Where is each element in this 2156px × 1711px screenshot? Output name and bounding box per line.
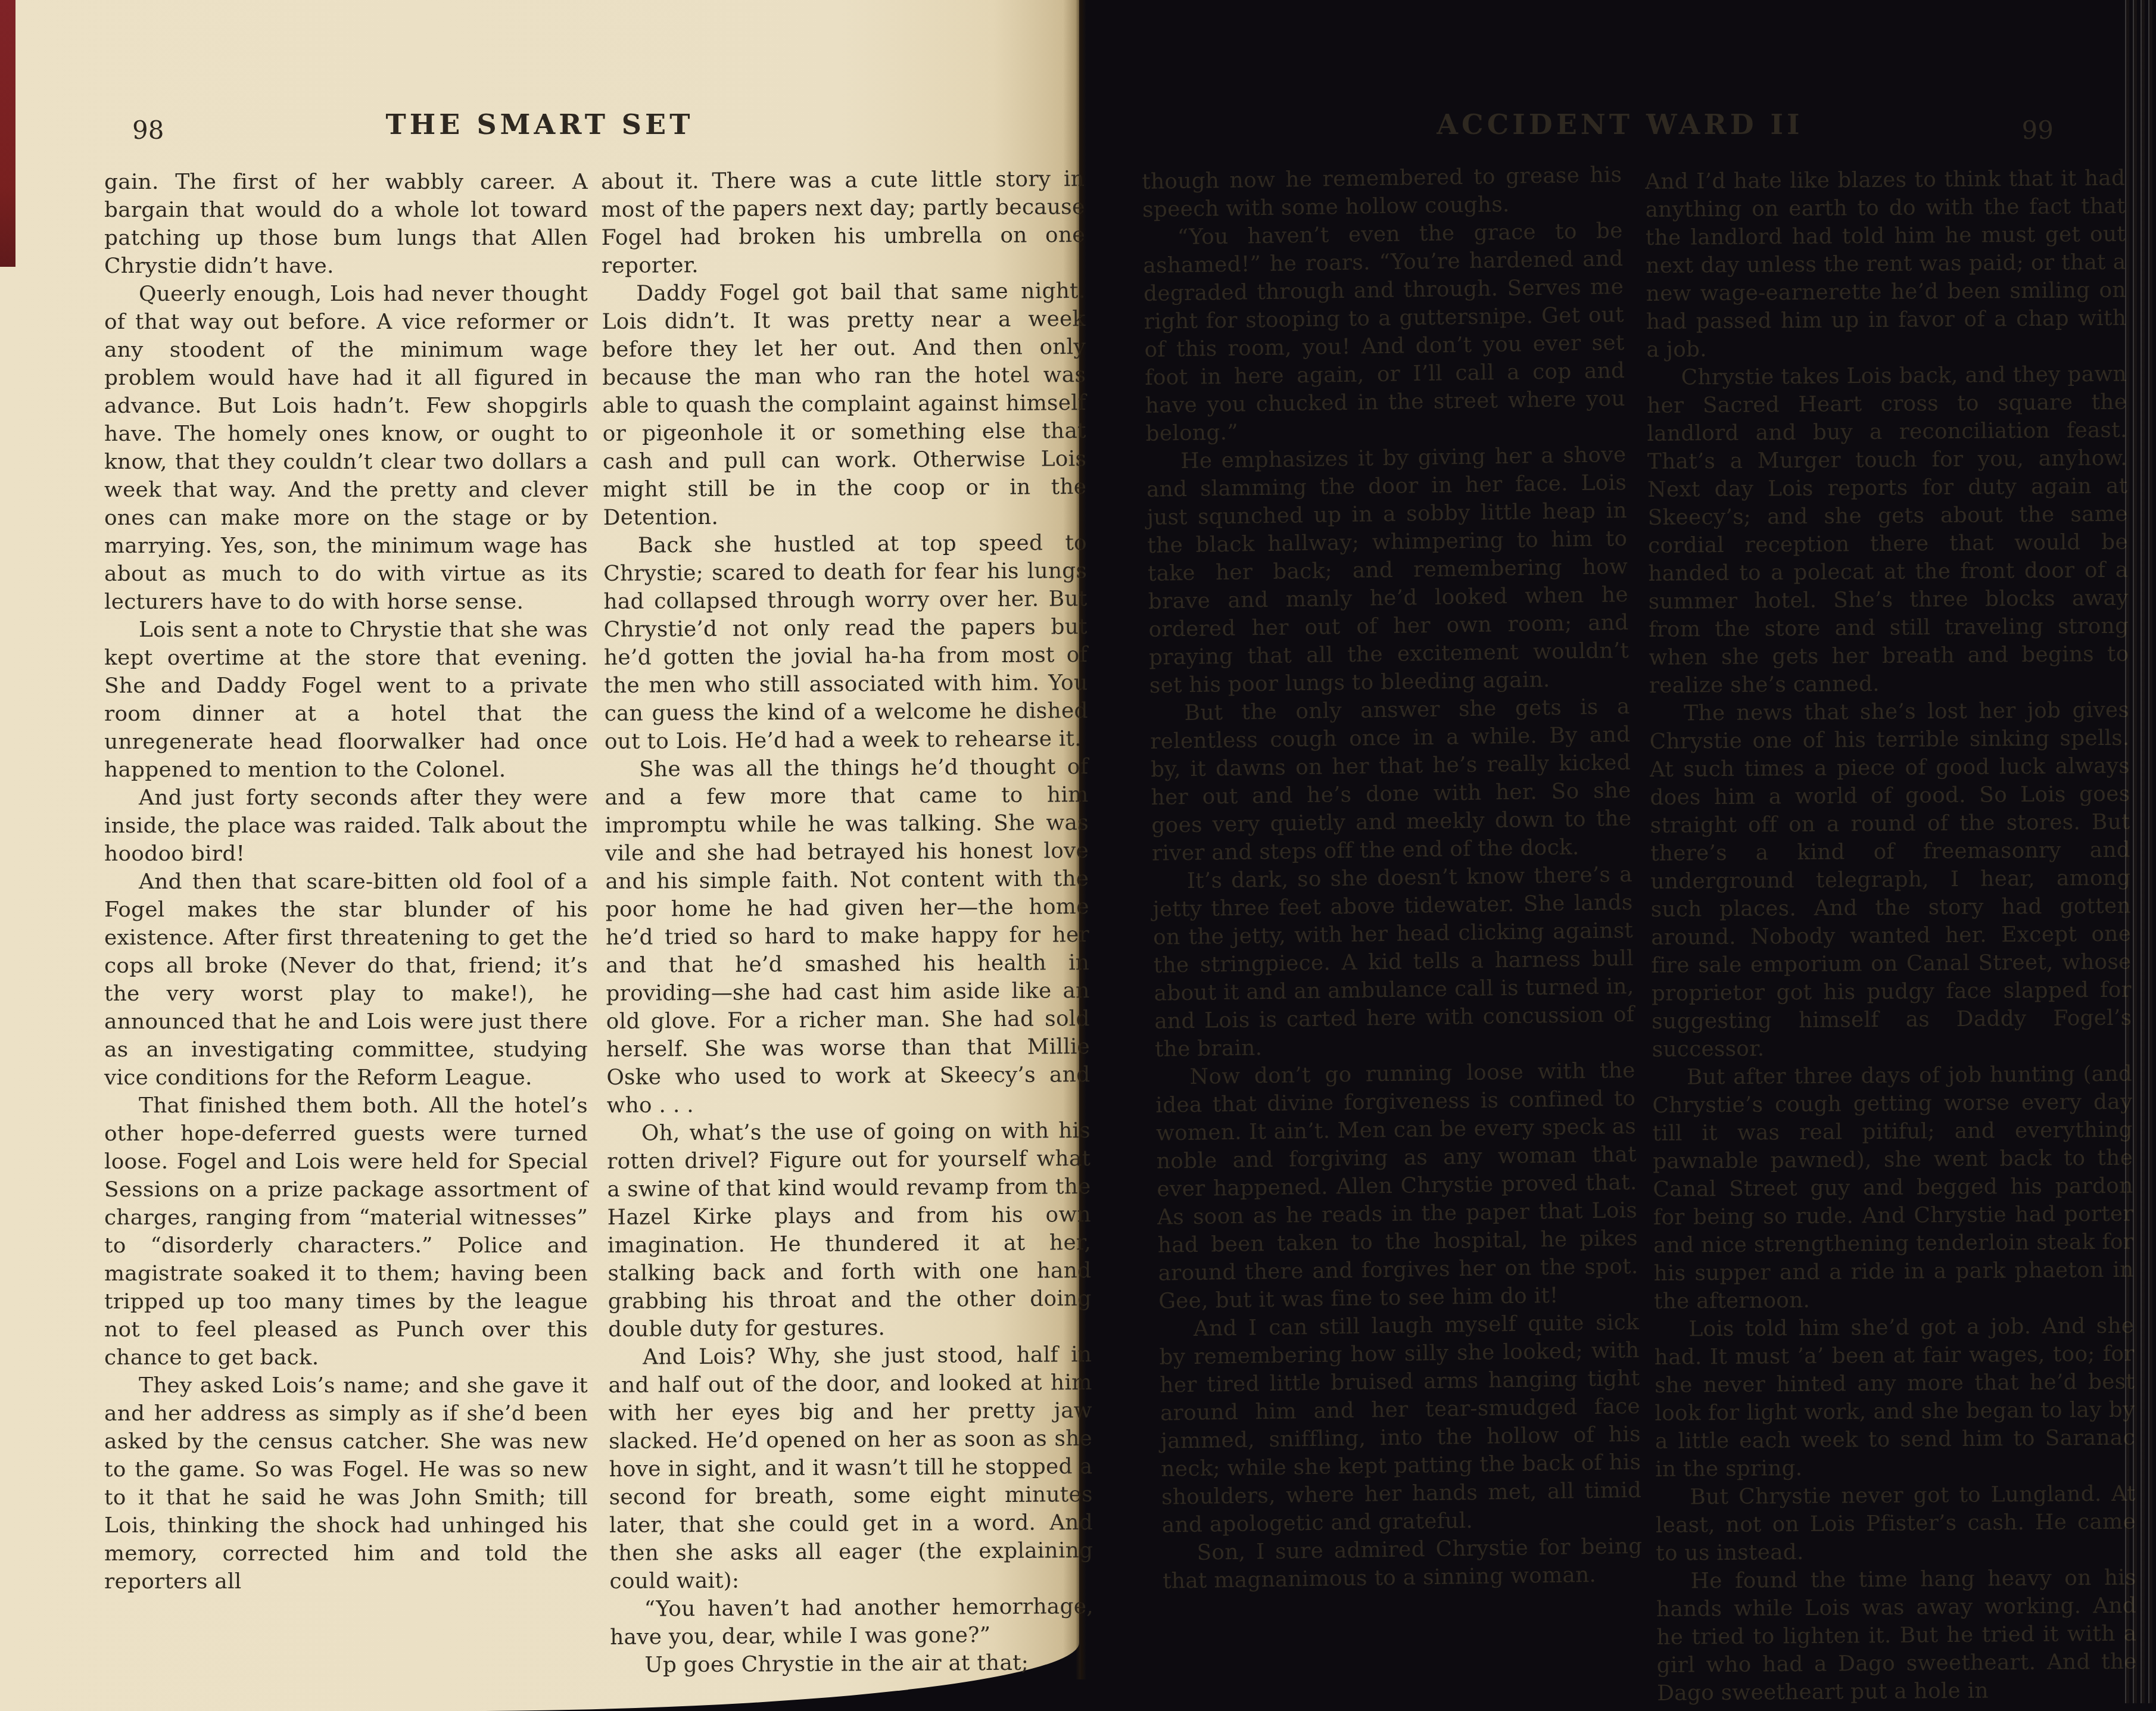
paragraph: And just forty seconds after they were i…	[104, 784, 588, 868]
book-gutter	[1076, 0, 1086, 1679]
book-cover-edge	[0, 0, 15, 267]
running-head-left: 98 THE SMART SET	[0, 108, 1079, 144]
paragraph: The news that she’s lost her job gives C…	[1649, 696, 2132, 1064]
paragraph: She was all the things he’d thought of a…	[605, 753, 1091, 1120]
paragraph: about it. There was a cute little story …	[601, 165, 1085, 280]
paragraph: They asked Lois’s name; and she gave it …	[104, 1372, 588, 1595]
page-number-right: 99	[2022, 116, 2054, 145]
page-right: ACCIDENT WARD II 99 though now he rememb…	[1084, 0, 2156, 1703]
text-column-4: And I’d hate like blazes to think that i…	[1645, 164, 2137, 1707]
paragraph: And I can still laugh myself quite sick …	[1159, 1308, 1642, 1539]
text-column-1: gain. The first of her wabbly career. A …	[104, 168, 588, 1595]
paragraph: gain. The first of her wabbly career. A …	[104, 168, 588, 280]
running-head-right: ACCIDENT WARD II 99	[1084, 108, 2156, 144]
paragraph: Now don’t go running loose with the idea…	[1155, 1056, 1638, 1316]
paragraph: And then that scare-bitten old fool of a…	[104, 868, 588, 1092]
paragraph: But Chrystie never got to Lungland. At l…	[1655, 1480, 2136, 1567]
paragraph: Chrystie takes Lois back, and they pawn …	[1647, 360, 2129, 700]
paragraph: And I’d hate like blazes to think that i…	[1645, 164, 2127, 364]
paragraph: “You haven’t even the grace to be ashame…	[1142, 217, 1625, 448]
paragraph: “You haven’t had another hemorrhage, hav…	[610, 1592, 1094, 1651]
paragraph: Back she hustled at top speed to Chrysti…	[603, 529, 1088, 756]
paragraph: And Lois? Why, she just stood, half in a…	[608, 1341, 1093, 1595]
text-column-3: though now he remembered to grease his s…	[1142, 161, 1643, 1595]
page-left: 98 THE SMART SET gain. The first of her …	[0, 0, 1079, 1711]
paragraph: Daddy Fogel got bail that same night. Lo…	[602, 277, 1087, 532]
paragraph: though now he remembered to grease his s…	[1142, 161, 1622, 224]
paragraph: He found the time hang heavy on his hand…	[1656, 1564, 2137, 1707]
paragraph: Up goes Chrystie in the air at that;	[610, 1648, 1093, 1679]
paragraph: Queerly enough, Lois had never thought o…	[104, 280, 588, 616]
paragraph: But the only answer she gets is a relent…	[1149, 693, 1632, 868]
paragraph: Oh, what’s the use of going on with his …	[607, 1117, 1092, 1344]
paragraph: It’s dark, so she doesn’t know there’s a…	[1152, 861, 1635, 1064]
paragraph: That finished them both. All the hotel’s…	[104, 1092, 588, 1372]
paragraph: Lois told him she’d got a job. And she h…	[1654, 1312, 2135, 1484]
text-column-2: about it. There was a cute little story …	[601, 165, 1093, 1679]
paragraph: But after three days of job hunting (and…	[1652, 1060, 2134, 1316]
paragraph: He emphasizes it by giving her a shove a…	[1146, 441, 1630, 700]
book-spread: 98 THE SMART SET gain. The first of her …	[0, 0, 2156, 1711]
running-title-right: ACCIDENT WARD II	[1084, 108, 2156, 141]
paragraph: Son, I sure admired Chrystie for being t…	[1162, 1532, 1643, 1595]
running-title-left: THE SMART SET	[0, 108, 1079, 141]
paragraph: Lois sent a note to Chrystie that she wa…	[104, 616, 588, 784]
